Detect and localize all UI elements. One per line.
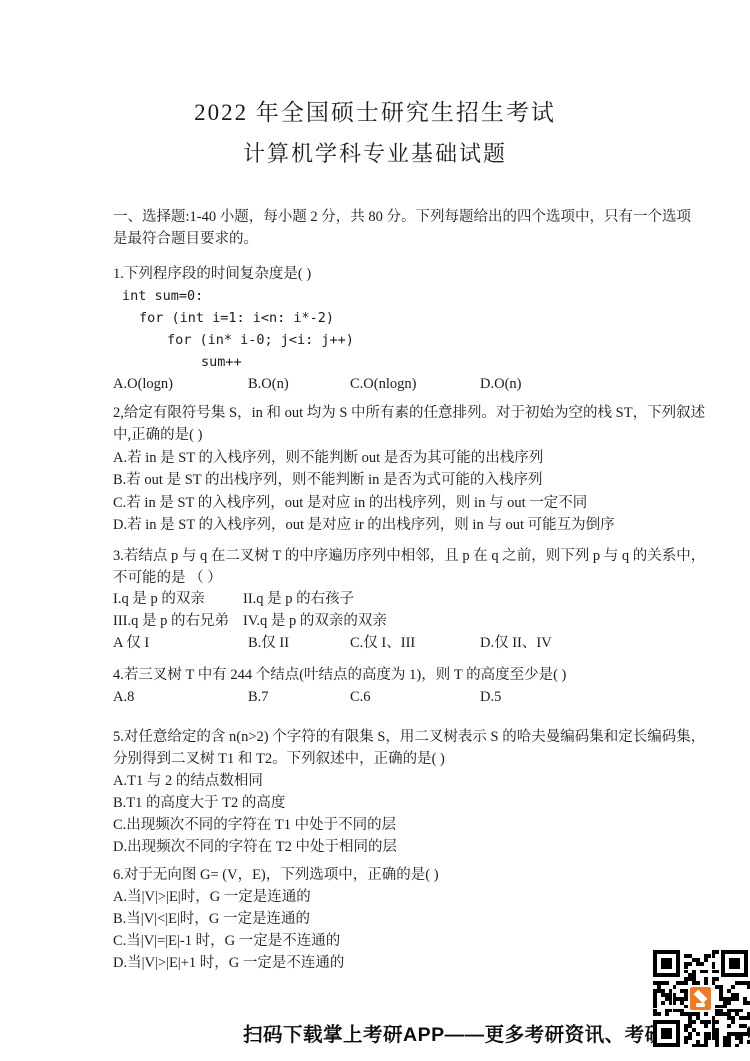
question-stem: 中,正确的是( ) [113,424,658,446]
options-row: A 仅 I B.仅 II C.仅 I、III D.仅 II、IV [113,633,658,655]
code-line: for (in* i-0; j<i: j++) [113,329,658,351]
option-d: D.O(n) [480,373,658,395]
option-a: A.O(logn) [113,373,248,395]
statement-iv: IV.q 是 p 的双亲的双亲 [243,611,658,633]
instructions-line: 是最符合题目要求的。 [113,228,658,250]
option-a: A 仅 I [113,633,248,655]
question-4: 4.若三叉树 T 中有 244 个结点(叶结点的高度为 1)，则 T 的高度至少… [113,664,658,708]
option-c: C.当|V|=|E|-1 时，G 一定是不连通的 [113,930,658,952]
qr-finder-icon [721,950,748,977]
qr-finder-icon [653,950,680,977]
instructions-line: 一、选择题:1-40 小题，每小题 2 分，共 80 分。下列每题给出的四个选项… [113,206,658,228]
code-line: for (int i=1: i<n: i*-2) [113,307,658,329]
option-b: B.T1 的高度大于 T2 的高度 [113,792,658,814]
statements-row: III.q 是 p 的右兄弟 IV.q 是 p 的双亲的双亲 [113,611,658,633]
option-b: B.仅 II [248,633,350,655]
options-row: A.O(logn) B.O(n) C.O(nlogn) D.O(n) [113,373,658,395]
question-stem: 不可能的是 （ ） [113,568,658,590]
options-row: A.8 B.7 C.6 D.5 [113,686,658,708]
option-c: C.仅 I、III [350,633,480,655]
option-c: C.6 [350,686,480,708]
option-b: B.7 [248,686,350,708]
question-6: 6.对于无向图 G= (V，E)，下列选项中，正确的是( ) A.当|V|>|E… [113,864,658,974]
page-title: 2022 年全国硕士研究生招生考试 [0,94,750,127]
option-a: A.若 in 是 ST 的入栈序列，则不能判断 out 是否为其可能的出栈序列 [113,447,658,469]
question-stem: 分别得到二叉树 T1 和 T2。下列叙述中，正确的是( ) [113,748,658,770]
option-c: C.O(nlogn) [350,373,480,395]
option-b: B.若 out 是 ST 的出栈序列，则不能判断 in 是否为式可能的入栈序列 [113,469,658,491]
qr-code [653,950,748,1047]
option-a: A.T1 与 2 的结点数相同 [113,770,658,792]
cap-base-shape [696,1003,705,1007]
code-line: sum++ [113,351,658,373]
section-instructions: 一、选择题:1-40 小题，每小题 2 分，共 80 分。下列每题给出的四个选项… [113,206,658,250]
qr-finder-icon [653,1020,680,1047]
cap-top-shape [694,990,708,1004]
question-stem: 1.下列程序段的时间复杂度是( ) [113,263,658,285]
option-b: B.当|V|<|E|时，G 一定是连通的 [113,908,658,930]
option-d: D.当|V|>|E|+1 时，G 一定是不连通的 [113,952,658,974]
question-stem: 2,给定有限符号集 S，in 和 out 均为 S 中所有素的任意排列。对于初始… [113,402,658,424]
question-stem: 5.对任意给定的含 n(n>2) 个字符的有限集 S，用二叉树表示 S 的哈夫曼… [113,726,658,748]
question-stem: 4.若三叉树 T 中有 244 个结点(叶结点的高度为 1)，则 T 的高度至少… [113,664,658,686]
option-b: B.O(n) [248,373,350,395]
page-subtitle: 计算机学科专业基础试题 [0,137,750,168]
question-2: 2,给定有限符号集 S，in 和 out 均为 S 中所有素的任意排列。对于初始… [113,402,658,536]
question-1: 1.下列程序段的时间复杂度是( ) int sum=0: for (int i=… [113,263,658,395]
statements-row: I.q 是 p 的双亲 II.q 是 p 的右孩子 [113,589,658,611]
option-a: A.8 [113,686,248,708]
question-stem: 3.若结点 p 与 q 在二叉树 T 的中序遍历序列中相邻，且 p 在 q 之前… [113,546,658,568]
option-d: D.仅 II、IV [480,633,658,655]
question-5: 5.对任意给定的含 n(n>2) 个字符的有限集 S，用二叉树表示 S 的哈夫曼… [113,726,658,858]
option-d: D.出现频次不同的字符在 T2 中处于相同的层 [113,836,658,858]
question-stem: 6.对于无向图 G= (V，E)，下列选项中，正确的是( ) [113,864,658,886]
option-d: D.5 [480,686,658,708]
statement-iii: III.q 是 p 的右兄弟 [113,611,243,633]
graduation-cap-icon [689,986,712,1011]
statement-i: I.q 是 p 的双亲 [113,589,243,611]
statement-ii: II.q 是 p 的右孩子 [243,589,658,611]
question-3: 3.若结点 p 与 q 在二叉树 T 的中序遍历序列中相邻，且 p 在 q 之前… [113,546,658,655]
option-d: D.若 in 是 ST 的入栈序列，out 是对应 ir 的出栈序列，则 in … [113,514,658,536]
code-line: int sum=0: [113,285,658,307]
option-c: C.若 in 是 ST 的入栈序列，out 是对应 in 的出栈序列，则 in … [113,492,658,514]
option-a: A.当|V|>|E|时，G 一定是连通的 [113,886,658,908]
option-c: C.出现频次不同的字符在 T1 中处于不同的层 [113,814,658,836]
exam-document-page: 2022 年全国硕士研究生招生考试 计算机学科专业基础试题 一、选择题:1-40… [0,0,750,1061]
